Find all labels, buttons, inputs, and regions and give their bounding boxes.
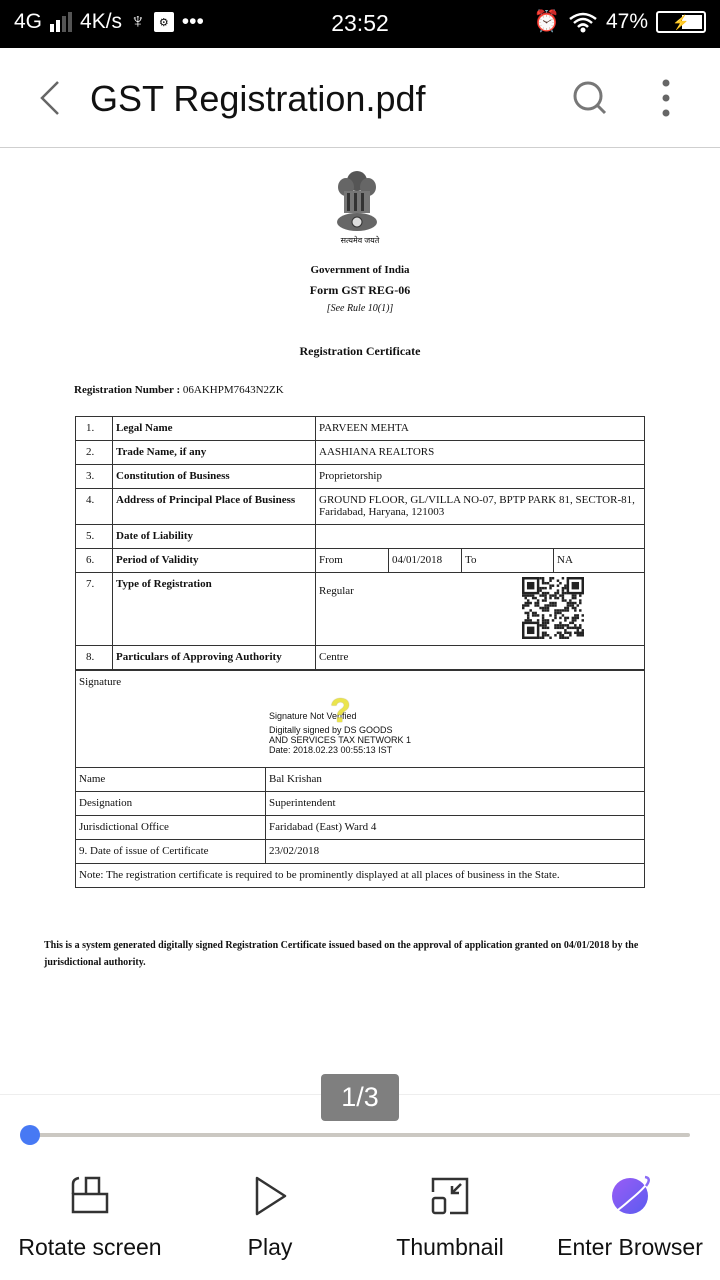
certificate-table: 1. Legal Name PARVEEN MEHTA 2. Trade Nam… (75, 416, 645, 670)
note: Note: The registration certificate is re… (76, 864, 645, 888)
page-slider-thumb[interactable] (20, 1125, 40, 1145)
thumbnail-button[interactable]: Thumbnail (360, 1174, 540, 1261)
rotate-screen-icon (68, 1174, 112, 1218)
more-vertical-icon[interactable] (652, 78, 680, 118)
table-row: 1. Legal Name PARVEEN MEHTA (76, 417, 645, 441)
search-icon[interactable] (570, 78, 610, 118)
chevron-left-icon[interactable] (34, 78, 64, 118)
signature-table: Signature Signature Not Verified Digital… (75, 670, 645, 888)
certificate-title: Registration Certificate (0, 344, 720, 359)
footer-note: This is a system generated digitally sig… (44, 937, 684, 971)
pdf-page[interactable]: सत्यमेव जयते Government of India Form GS… (0, 149, 720, 1094)
battery-icon: ⚡ (656, 11, 706, 33)
emblem-caption: सत्यमेव जयते (0, 235, 720, 246)
government-heading: Government of India (0, 264, 720, 276)
qr-code (522, 577, 584, 639)
document-title: GST Registration.pdf (90, 78, 426, 120)
table-row: 2. Trade Name, if any AASHIANA REALTORS (76, 441, 645, 465)
form-heading: Form GST REG-06 (0, 283, 720, 298)
table-row: 7. Type of Registration Regular (76, 573, 645, 646)
table-row: 6. Period of Validity From 04/01/2018 To… (76, 549, 645, 573)
play-button[interactable]: Play (180, 1174, 360, 1261)
app-bar: GST Registration.pdf (0, 48, 720, 148)
table-row: 9. Date of issue of Certificate23/02/201… (76, 840, 645, 864)
table-row: 3. Constitution of Business Proprietorsh… (76, 465, 645, 489)
page-slider[interactable] (30, 1133, 690, 1137)
table-row: 8. Particulars of Approving Authority Ce… (76, 646, 645, 670)
table-row: 5. Date of Liability (76, 525, 645, 549)
battery-percent: 47% (606, 10, 648, 34)
thumbnail-icon (428, 1174, 472, 1218)
table-row: NameBal Krishan (76, 768, 645, 792)
emblem-icon (332, 167, 382, 237)
status-bar: 4G 4K/s ♆ ⚙ ••• 23:52 ⏰ 47% ⚡ (0, 0, 720, 48)
alarm-icon: ⏰ (534, 10, 560, 34)
signature-label: Signature (79, 676, 121, 688)
wifi-icon (568, 11, 598, 33)
table-row: Jurisdictional OfficeFaridabad (East) Wa… (76, 816, 645, 840)
signature-unverified-icon: ? (330, 705, 351, 717)
signature-cell: Signature Signature Not Verified Digital… (76, 671, 645, 768)
table-row: DesignationSuperintendent (76, 792, 645, 816)
table-row: Note: The registration certificate is re… (76, 864, 645, 888)
play-icon (248, 1174, 292, 1218)
action-bar: Rotate screen Play Thumbnail Enter Brows… (0, 1174, 720, 1261)
page-indicator: 1/3 (321, 1074, 399, 1121)
rule-reference: [See Rule 10(1)] (0, 303, 720, 314)
rotate-screen-button[interactable]: Rotate screen (0, 1174, 180, 1261)
browser-planet-icon (608, 1174, 652, 1218)
enter-browser-button[interactable]: Enter Browser (540, 1174, 720, 1261)
table-row: 4. Address of Principal Place of Busines… (76, 489, 645, 525)
registration-number: Registration Number : 06AKHPM7643N2ZK (74, 384, 284, 396)
